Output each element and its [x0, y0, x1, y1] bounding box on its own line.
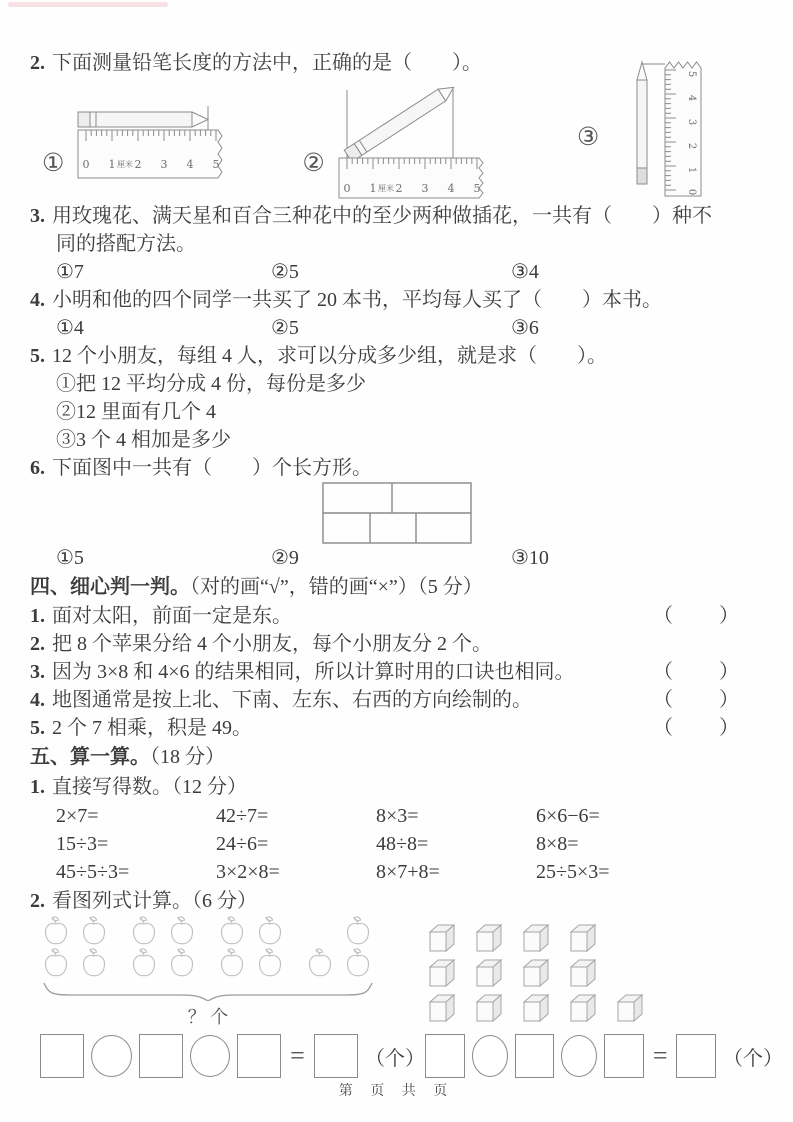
- unit-label: （个）: [365, 1042, 425, 1071]
- sub-1-number: 1.: [30, 776, 45, 798]
- pencil-measure-diagrams: ① 0 1 厘米 2 3 4 5 ②: [30, 78, 753, 202]
- option-3: ③4: [511, 258, 753, 286]
- question-5-number: 5.: [30, 345, 45, 367]
- ruler-pencil-flat-figure: 0 1 厘米 2 3 4 5: [66, 102, 236, 202]
- apple-icon: [254, 915, 286, 947]
- judge-item-4: 4.地图通常是按上北、下南、左东、右西的方向绘制的。 （ ）: [30, 686, 753, 714]
- judge-4-text: 地图通常是按上北、下南、左东、右西的方向绘制的。: [52, 689, 532, 711]
- diagram-2-label: ②: [302, 151, 324, 176]
- rectangles-figure: [322, 482, 753, 544]
- question-3-text-line1: 用玫瑰花、满天星和百合三种花中的至少两种做插花，一共有（ ）种不: [52, 205, 712, 227]
- cube-row: [425, 992, 783, 1024]
- option-2: ②5: [271, 258, 511, 286]
- apple-group: [304, 915, 376, 979]
- apple-group: [40, 915, 112, 979]
- apple-icon: [128, 947, 160, 979]
- cube-icon: [613, 992, 651, 1024]
- operator-circle: [190, 1035, 230, 1077]
- section-5-title: 五、算一算。: [30, 746, 150, 768]
- calc-expression: 8×3=: [376, 802, 536, 830]
- judge-item-5: 5.2 个 7 相乘，积是 49。 （ ）: [30, 714, 753, 742]
- calc-expression: 3×2×8=: [216, 858, 376, 886]
- cube-grid: [425, 922, 783, 1024]
- answer-box: [237, 1034, 281, 1078]
- option-1: ①7: [56, 258, 271, 286]
- question-3-text-line2: 同的搭配方法。: [30, 230, 753, 258]
- judge-2-number: 2.: [30, 633, 45, 655]
- question-3-number: 3.: [30, 205, 45, 227]
- scan-artifact: [8, 2, 168, 7]
- ruler-number: 0: [343, 182, 350, 195]
- calc-row-1: 2×7= 42÷7= 8×3= 6×6−6=: [30, 802, 753, 830]
- ruler-number: 4: [686, 95, 697, 101]
- apples-problem: ？ 个 = （个）: [30, 915, 425, 1078]
- cube-icon: [519, 992, 557, 1024]
- answer-box: [314, 1034, 358, 1078]
- cube-icon: [566, 922, 604, 954]
- option-1: ①4: [56, 314, 271, 342]
- ruler-number: 2: [395, 182, 402, 195]
- question-2-number: 2.: [30, 52, 45, 74]
- cube-icon: [519, 957, 557, 989]
- diagram-2: ② 0 1 厘米 2 3 4 5: [302, 82, 498, 202]
- apple-icon: [216, 915, 248, 947]
- ruler-number: 4: [447, 182, 454, 195]
- calc-expression: 6×6−6=: [536, 802, 753, 830]
- question-5: 5.12 个小朋友，每组 4 人，求可以分成多少组，就是求（ ）。: [30, 342, 753, 370]
- cube-icon: [472, 922, 510, 954]
- apple-group: [128, 915, 200, 979]
- ruler-number: 0: [83, 158, 90, 171]
- apple-icon: [78, 915, 110, 947]
- question-5-option-3: ③3 个 4 相加是多少: [30, 426, 753, 454]
- unit-label: （个）: [723, 1042, 783, 1071]
- equals-sign: =: [651, 1041, 670, 1071]
- cube-icon: [566, 957, 604, 989]
- judge-5-blank: （ ）: [653, 714, 753, 742]
- calc-expression: 45÷5÷3=: [56, 858, 216, 886]
- brace-label: ？ 个: [40, 1006, 376, 1028]
- apple-icon: [40, 915, 72, 947]
- diagram-1-label: ①: [42, 151, 64, 176]
- cube-icon: [519, 922, 557, 954]
- section-5-score: （18 分）: [150, 746, 225, 768]
- sub-2-text: 看图列式计算。: [52, 890, 192, 912]
- cube-icon: [566, 992, 604, 1024]
- calc-row-3: 45÷5÷3= 3×2×8= 8×7+8= 25÷5×3=: [30, 858, 753, 886]
- ruler-number: 1: [109, 158, 116, 171]
- answer-box: [515, 1034, 555, 1078]
- ruler-unit-label: 厘米: [378, 183, 394, 193]
- question-5-option-1: ①把 12 平均分成 4 份，每份是多少: [30, 370, 753, 398]
- answer-box: [425, 1034, 465, 1078]
- diagram-1: ① 0 1 厘米 2 3 4 5: [42, 102, 236, 202]
- ruler-number: 3: [161, 158, 168, 171]
- ruler-number: 2: [686, 143, 697, 149]
- operator-circle: [91, 1035, 131, 1077]
- calc-expression: 42÷7=: [216, 802, 376, 830]
- cube-icon: [425, 922, 463, 954]
- calc-expression: 2×7=: [56, 802, 216, 830]
- question-4-number: 4.: [30, 289, 45, 311]
- equals-sign: =: [288, 1041, 307, 1071]
- section-5-sub-1: 1.直接写得数。（12 分）: [30, 772, 753, 802]
- section-4-title: 四、细心判一判。: [30, 576, 190, 598]
- apple-icon: [254, 947, 286, 979]
- sub-2-number: 2.: [30, 890, 45, 912]
- question-6-number: 6.: [30, 457, 45, 479]
- answer-box: [676, 1034, 716, 1078]
- apple-icon: [216, 947, 248, 979]
- option-1: ①5: [56, 544, 271, 572]
- judge-1-number: 1.: [30, 605, 45, 627]
- answer-box: [139, 1034, 183, 1078]
- question-4-options: ①4 ②5 ③6: [30, 314, 753, 342]
- apple-icon: [40, 947, 72, 979]
- ruler-number: 3: [686, 119, 697, 125]
- apples-answer-row: = （个）: [40, 1034, 425, 1078]
- ruler-number: 1: [369, 182, 376, 195]
- cube-icon: [472, 992, 510, 1024]
- ruler-number: 5: [686, 71, 697, 77]
- page-footer: 第 页 共 页: [0, 1080, 793, 1100]
- cubes-answer-row: = （个）: [425, 1034, 783, 1078]
- apple-icon: [342, 947, 374, 979]
- judge-4-number: 4.: [30, 689, 45, 711]
- judge-3-text: 因为 3×8 和 4×6 的结果相同，所以计算时用的口诀也相同。: [52, 661, 575, 683]
- question-3-options: ①7 ②5 ③4: [30, 258, 753, 286]
- apple-groups: [40, 915, 425, 979]
- question-2-text: 下面测量铅笔长度的方法中，正确的是（ ）。: [52, 52, 482, 74]
- question-6-text: 下面图中一共有（ ）个长方形。: [52, 457, 372, 479]
- ruler-number: 5: [213, 158, 220, 171]
- cube-row: [425, 922, 783, 954]
- calc-expression: 8×7+8=: [376, 858, 536, 886]
- ruler-number: 5: [473, 182, 480, 195]
- calc-row-2: 15÷3= 24÷6= 48÷8= 8×8=: [30, 830, 753, 858]
- option-2: ②9: [271, 544, 511, 572]
- sub-1-text: 直接写得数。: [52, 776, 172, 798]
- calc-expression: 25÷5×3=: [536, 858, 753, 886]
- calc-expression: 8×8=: [536, 830, 753, 858]
- ruler-number: 4: [187, 158, 194, 171]
- judge-5-number: 5.: [30, 717, 45, 739]
- calc-expression: 48÷8=: [376, 830, 536, 858]
- judge-3-blank: （ ）: [653, 658, 753, 686]
- question-4-text: 小明和他的四个同学一共买了 20 本书，平均每人买了（ ）本书。: [52, 289, 662, 311]
- judge-item-2: 2.把 8 个苹果分给 4 个小朋友，每个小朋友分 2 个。: [30, 630, 753, 658]
- judge-1-blank: （ ）: [653, 602, 753, 630]
- sub-2-score: （6 分）: [192, 890, 257, 912]
- diagram-3: ③ 5 4 3 2 1 0: [577, 52, 713, 202]
- calc-expression: 15÷3=: [56, 830, 216, 858]
- picture-equation-figures: ？ 个 = （个） = （个）: [30, 918, 753, 1078]
- question-6: 6.下面图中一共有（ ）个长方形。: [30, 454, 753, 482]
- answer-box: [604, 1034, 644, 1078]
- section-5-sub-2: 2.看图列式计算。（6 分）: [30, 886, 753, 916]
- apple-icon: [342, 915, 374, 947]
- cubes-problem: = （个）: [425, 922, 783, 1078]
- brace: [40, 981, 376, 1006]
- cube-icon: [425, 992, 463, 1024]
- judge-3-number: 3.: [30, 661, 45, 683]
- section-5-header: 五、算一算。（18 分）: [30, 742, 753, 772]
- apple-icon: [166, 915, 198, 947]
- ruler-number: 3: [421, 182, 428, 195]
- judge-5-text: 2 个 7 相乘，积是 49。: [52, 717, 252, 739]
- option-3: ③10: [511, 544, 753, 572]
- sub-1-score: （12 分）: [172, 776, 247, 798]
- question-4: 4.小明和他的四个同学一共买了 20 本书，平均每人买了（ ）本书。: [30, 286, 753, 314]
- question-3: 3.用玫瑰花、满天星和百合三种花中的至少两种做插花，一共有（ ）种不: [30, 202, 753, 230]
- ruler-unit-label: 厘米: [117, 159, 133, 169]
- ruler-pencil-vertical-figure: 5 4 3 2 1 0: [601, 52, 713, 202]
- cube-icon: [472, 957, 510, 989]
- apple-icon: [78, 947, 110, 979]
- apple-icon: [304, 947, 336, 979]
- apple-group: [216, 915, 288, 979]
- answer-box: [40, 1034, 84, 1078]
- question-5-text: 12 个小朋友，每组 4 人，求可以分成多少组，就是求（ ）。: [52, 345, 607, 367]
- option-3: ③6: [511, 314, 753, 342]
- option-2: ②5: [271, 314, 511, 342]
- ruler-number: 1: [686, 167, 697, 173]
- cube-row: [425, 957, 783, 989]
- judge-1-text: 面对太阳，前面一定是东。: [52, 605, 292, 627]
- ruler-pencil-tilted-figure: 0 1 厘米 2 3 4 5: [327, 82, 499, 202]
- cube-icon: [425, 957, 463, 989]
- section-4-note: （对的画“√”，错的画“×”）（5 分）: [190, 576, 483, 598]
- judge-2-blank: [653, 630, 753, 658]
- calc-expression: 24÷6=: [216, 830, 376, 858]
- operator-circle: [472, 1035, 508, 1077]
- apple-icon: [166, 947, 198, 979]
- judge-2-text: 把 8 个苹果分给 4 个小朋友，每个小朋友分 2 个。: [52, 633, 492, 655]
- apple-icon: [128, 915, 160, 947]
- worksheet-page: 2.下面测量铅笔长度的方法中，正确的是（ ）。 ① 0 1 厘米 2 3 4 5: [0, 0, 793, 1122]
- section-4-header: 四、细心判一判。（对的画“√”，错的画“×”）（5 分）: [30, 572, 753, 602]
- question-6-options: ①5 ②9 ③10: [30, 544, 753, 572]
- judge-item-3: 3.因为 3×8 和 4×6 的结果相同，所以计算时用的口诀也相同。 （ ）: [30, 658, 753, 686]
- diagram-3-label: ③: [577, 125, 599, 150]
- judge-item-1: 1.面对太阳，前面一定是东。 （ ）: [30, 602, 753, 630]
- ruler-number: 0: [686, 189, 697, 195]
- judge-4-blank: （ ）: [653, 686, 753, 714]
- operator-circle: [561, 1035, 597, 1077]
- ruler-number: 2: [135, 158, 142, 171]
- question-5-option-2: ②12 里面有几个 4: [30, 398, 753, 426]
